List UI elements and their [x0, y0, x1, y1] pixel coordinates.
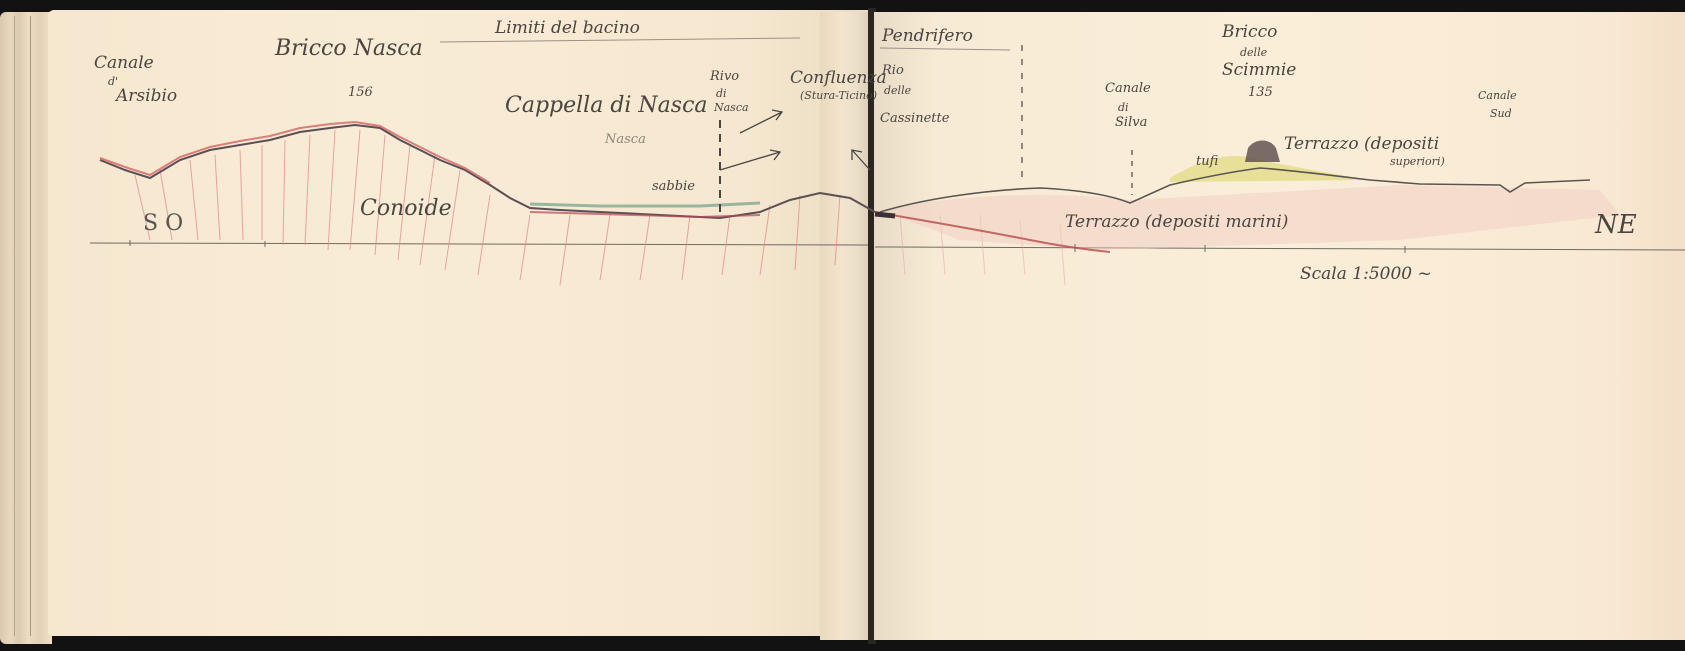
- terrazzo-upper-label-2: superiori): [1390, 156, 1445, 167]
- canale-silva-label-3: Silva: [1115, 116, 1147, 129]
- confluenza-label-1: Confluenza: [790, 70, 887, 87]
- rio-label-1: Rio: [882, 64, 904, 77]
- sabbie-label: sabbie: [652, 180, 695, 193]
- canale-label-top: Canale: [94, 55, 154, 72]
- bricco-scimmie-label-1: Bricco: [1222, 24, 1277, 41]
- scale-label: Scala 1:5000 ~: [1300, 266, 1432, 283]
- so-direction-label: S O: [143, 213, 183, 235]
- confluenza-label-2: (Stura-Ticino): [800, 90, 877, 101]
- conoide-label: Conoide: [360, 198, 452, 220]
- rivo-label-3: Nasca: [714, 102, 749, 113]
- canale-silva-label-1: Canale: [1105, 82, 1151, 95]
- nasca-faint-label: Nasca: [605, 133, 646, 146]
- open-notebook: Limiti del bacino Canale d' Arsibio Bric…: [0, 0, 1685, 651]
- bricco-scimmie-label-3: Scimmie: [1222, 62, 1296, 79]
- rivo-label-2: di: [716, 88, 727, 99]
- cappella-label: Cappella di Nasca: [505, 95, 708, 117]
- ne-direction-label: NE: [1595, 212, 1637, 238]
- bricco-nasca-label: Bricco Nasca: [275, 38, 423, 60]
- bricco-nasca-elevation: 156: [348, 86, 373, 99]
- canale-sud-label-2: Sud: [1490, 108, 1512, 119]
- canale-silva-label-2: di: [1118, 102, 1129, 113]
- canale-label-bottom: Arsibio: [116, 88, 177, 105]
- tufi-label: tufi: [1196, 155, 1218, 168]
- bricco-scimmie-elevation: 135: [1248, 86, 1273, 99]
- terrazzo-upper-label-1: Terrazzo (depositi: [1284, 136, 1439, 153]
- terrazzo-lower-label: Terrazzo (depositi marini): [1065, 214, 1288, 231]
- rio-label-2: delle: [884, 85, 911, 96]
- rivo-label-1: Rivo: [710, 70, 739, 83]
- canale-sud-label-1: Canale: [1478, 90, 1517, 101]
- bricco-scimmie-label-2: delle: [1240, 47, 1267, 58]
- rio-label-3: Cassinette: [880, 112, 949, 125]
- left-header-label: Limiti del bacino: [495, 20, 640, 37]
- right-header-label: Pendrifero: [882, 28, 973, 45]
